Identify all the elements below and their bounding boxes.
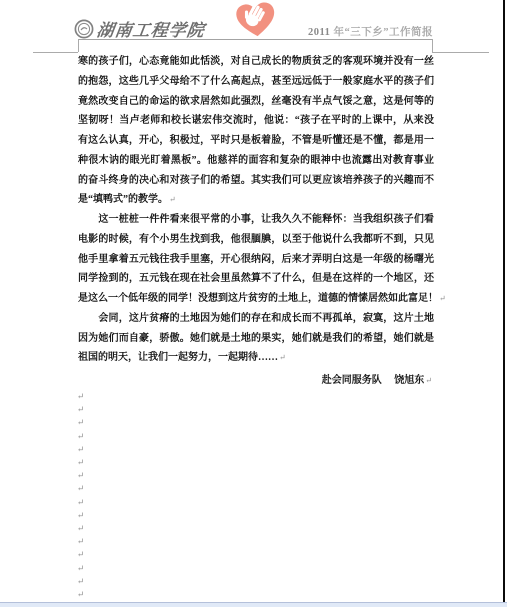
margin-mark-left-horizontal [33,52,78,53]
text-line: 坚韧呀！当卢老师和校长谌宏伟交流时，他说：“孩子在平时的上课中，从来没 [78,111,434,131]
paragraph-mark-icon: ↵ [77,548,84,561]
paragraph-mark-icon: ↵ [77,443,84,456]
paragraph-mark-icon: ↵ [77,522,84,535]
window-right-edge [503,0,505,602]
margin-mark-left-vertical [78,39,79,52]
margin-mark-right-vertical [432,39,433,52]
text-line: 他手里拿着五元钱往我手里塞，开心很纳闷，后来才弄明白这是一年级的杨曙光 [78,250,434,270]
paragraph-mark-icon: ↵ [425,376,432,385]
paragraph-mark-icon: ↵ [77,416,84,429]
text-line: 同学捡到的，五元钱在现在社会里虽然算不了什么，但是在这样的一个地区，还 [78,269,434,289]
text-line: 电影的时候，有个小男生找到我，他很腼腆，以至于他说什么我都听不到，只见 [78,230,434,250]
margin-mark-right-horizontal [432,52,489,53]
text-line: 的抱怨，这些几乎父母给不了什么高起点，甚至远远低于一般家庭水平的孩子们 [78,72,434,92]
bulletin-title-text: 年“三下乡”工作简报 [330,27,433,38]
text-line: 的奋斗终身的决心和对孩子们的希望。其实我们可以更应该培养孩子的兴趣而不 [78,171,434,191]
paragraph-mark-icon: ↵ [77,562,84,575]
document-body: 寒的孩子们，心态竟能如此恬淡，对自己成长的物质贫乏的客观环境并没有一丝的抱怨，这… [78,52,434,391]
text-line: 种很木讷的眼光盯着黑板”。他慈祥的面容和复杂的眼神中也流露出对教育事业 [78,151,434,171]
paragraph-mark-icon: ↵ [77,588,84,601]
paragraph-mark-icon: ↵ [169,195,176,204]
paragraph-mark-icon: ↵ [77,509,84,522]
paragraph-mark-icon: ↵ [77,535,84,548]
signature-line: 赴会同服务队 饶旭东↵ [78,371,434,391]
text-line: 有这么认真，开心，积极过，平时只是板着脸，不管是听懂还是不懂，都是用一 [78,131,434,151]
paragraph-mark-icon: ↵ [77,390,84,403]
text-line: 因为她们而自豪，骄傲。她们就是土地的果实，她们就是我们的希望，她们就是 [78,329,434,349]
header-rule [78,39,433,40]
empty-paragraph-marks: ↵↵↵↵↵↵↵↵↵↵↵↵↵↵↵↵ [77,390,84,601]
signature-text: 赴会同服务队 饶旭东 [322,375,425,386]
text-line: 这一桩桩一件件看来很平常的小事，让我久久不能释怀：当我组织孩子们看 [78,210,434,230]
paragraph-mark-icon: ↵ [77,469,84,482]
paragraph-mark-icon: ↵ [279,353,286,362]
text-line: 祖国的明天，让我们一起努力，一起期待……↵ [78,348,434,368]
viewport-bottom-strip [0,603,507,607]
paragraph-mark-icon: ↵ [77,403,84,416]
paragraph-mark-icon: ↵ [77,430,84,443]
paragraph-mark-icon: ↵ [77,482,84,495]
bulletin-year: 2011 [308,27,330,38]
text-line: 寒的孩子们，心态竟能如此恬淡，对自己成长的物质贫乏的客观环境并没有一丝 [78,52,434,72]
paragraph-mark-icon: ↵ [77,575,84,588]
paragraph-mark-icon: ↵ [439,294,446,303]
text-line: 是这么一个低年级的同学！没想到这片贫穷的土地上，道德的情愫居然如此富足！↵ [78,289,434,309]
text-line: 是“填鸭式”的教学。↵ [78,190,434,210]
document-page: 湖南工程学院 2011 年“三下乡”工作简报 寒的孩子们，心态竟能如此恬淡，对自… [0,0,507,607]
text-line: 会同，这片贫瘠的土地因为她们的存在和成长而不再孤单，寂寞，这片土地 [78,309,434,329]
text-line: 竟然改变自己的命运的欲求居然如此强烈，丝毫没有半点气馁之意，这是何等的 [78,92,434,112]
paragraph-mark-icon: ↵ [77,496,84,509]
paragraph-mark-icon: ↵ [77,456,84,469]
bulletin-title: 2011 年“三下乡”工作简报 [0,24,433,39]
